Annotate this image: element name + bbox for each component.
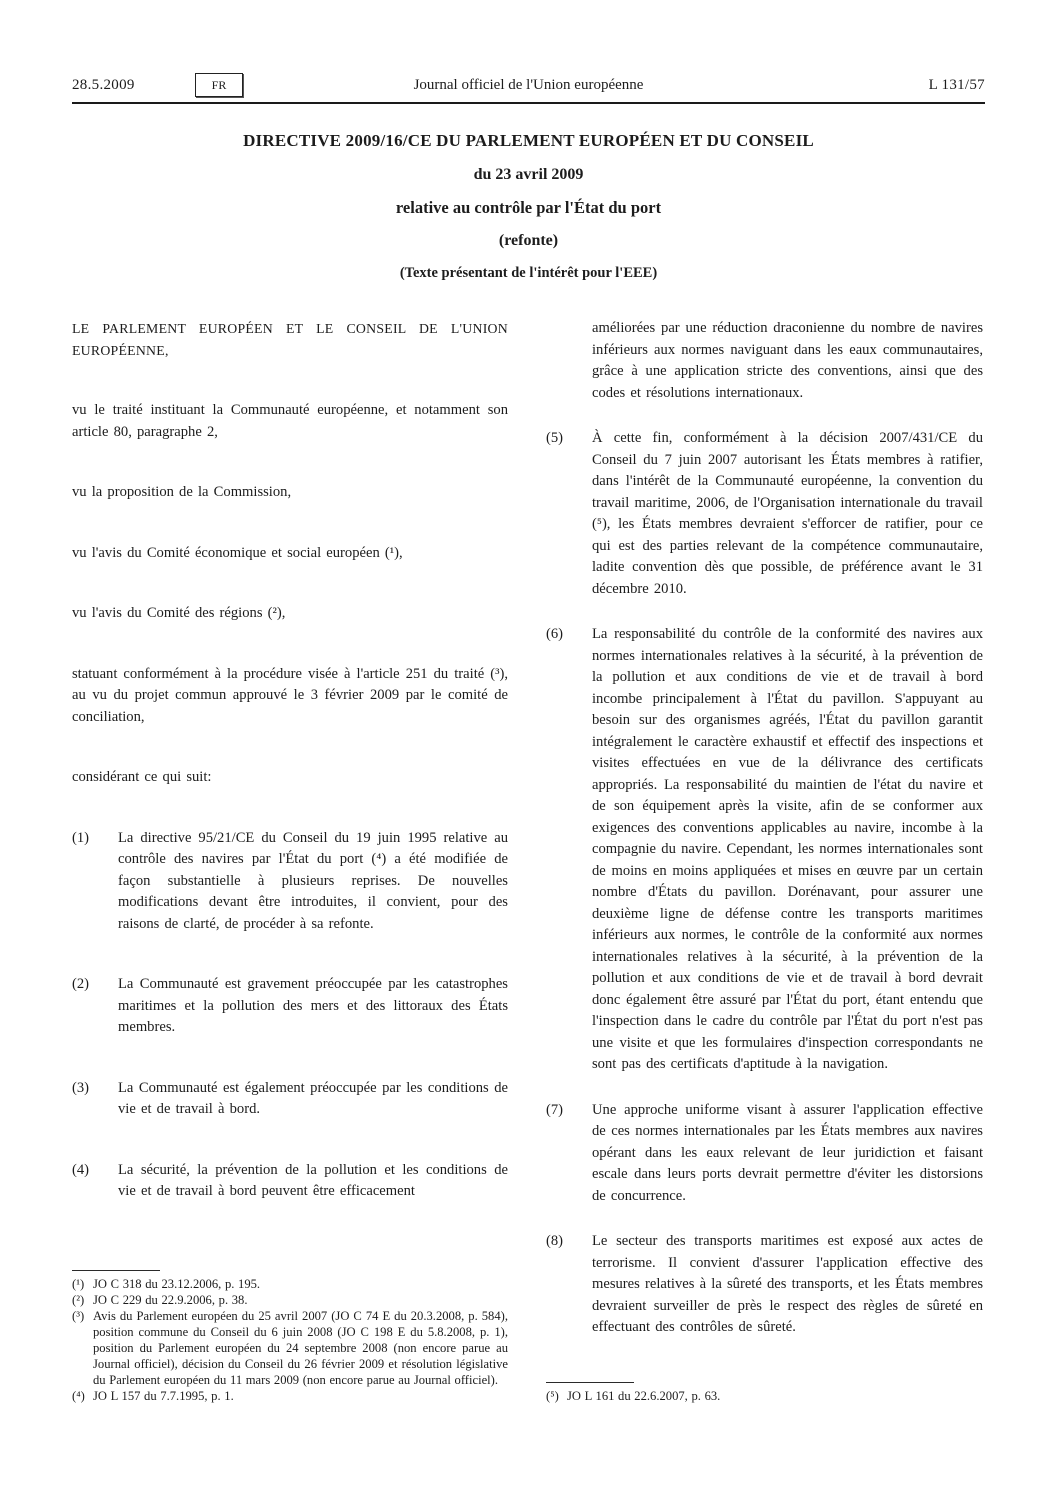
left-footnotes: (¹) JO C 318 du 23.12.2006, p. 195. (²) … (72, 1270, 508, 1404)
directive-title: DIRECTIVE 2009/16/CE DU PARLEMENT EUROPÉ… (72, 131, 985, 151)
eee-relevance-note: (Texte présentant de l'intérêt pour l'EE… (72, 265, 985, 282)
footnote-text: JO L 157 du 7.7.1995, p. 1. (93, 1388, 508, 1404)
directive-subject: relative au contrôle par l'État du port (72, 198, 985, 218)
recital-7: (7) Une approche uniforme visant à assur… (546, 1100, 983, 1208)
recital-text: La responsabilité du contrôle de la conf… (592, 624, 983, 1076)
recital-8: (8) Le secteur des transports maritimes … (546, 1231, 983, 1339)
footnote-divider (72, 1270, 160, 1271)
footnote-marker: (²) (72, 1292, 93, 1308)
recital-number: (7) (546, 1100, 592, 1208)
recital-text: Une approche uniforme visant à assurer l… (592, 1100, 983, 1208)
citation-procedure: statuant conformément à la procédure vis… (72, 664, 508, 729)
recital-text: Le secteur des transports maritimes est … (592, 1231, 983, 1339)
footnote-text: JO L 161 du 22.6.2007, p. 63. (567, 1388, 983, 1404)
header-divider (72, 102, 985, 104)
citation-treaty: vu le traité instituant la Communauté eu… (72, 400, 508, 443)
recital-number: (3) (72, 1078, 118, 1121)
recital-number-empty (546, 318, 592, 404)
footnote-2: (²) JO C 229 du 22.9.2006, p. 38. (72, 1292, 508, 1308)
recital-text: La directive 95/21/CE du Conseil du 19 j… (118, 828, 508, 936)
citation-commission: vu la proposition de la Commission, (72, 482, 508, 504)
recital-5: (5) À cette fin, conformément à la décis… (546, 428, 983, 600)
recital-number: (8) (546, 1231, 592, 1339)
footnote-4: (⁴) JO L 157 du 7.7.1995, p. 1. (72, 1388, 508, 1404)
left-column: LE PARLEMENT EUROPÉEN ET LE CONSEIL DE L… (72, 318, 508, 1404)
recital-number: (4) (72, 1160, 118, 1203)
recital-text: améliorées par une réduction draconienne… (592, 318, 983, 404)
recital-text: La sécurité, la prévention de la polluti… (118, 1160, 508, 1203)
footnote-text: JO C 229 du 22.9.2006, p. 38. (93, 1292, 508, 1308)
recital-number: (5) (546, 428, 592, 600)
document-page: 28.5.2009 FR Journal officiel de l'Union… (0, 0, 1058, 1497)
recital-2: (2) La Communauté est gravement préoccup… (72, 974, 508, 1039)
page-number: L 131/57 (929, 77, 985, 94)
citation-eesc: vu l'avis du Comité économique et social… (72, 543, 508, 565)
recital-6: (6) La responsabilité du contrôle de la … (546, 624, 983, 1076)
footnote-marker: (⁵) (546, 1388, 567, 1404)
recital-text: La Communauté est également préoccupée p… (118, 1078, 508, 1121)
recital-text: La Communauté est gravement préoccupée p… (118, 974, 508, 1039)
recital-number: (2) (72, 974, 118, 1039)
citation-cor: vu l'avis du Comité des régions (²), (72, 603, 508, 625)
recital-text: À cette fin, conformément à la décision … (592, 428, 983, 600)
page-header: 28.5.2009 FR Journal officiel de l'Union… (72, 74, 985, 100)
recital-number: (6) (546, 624, 592, 1076)
recital-3: (3) La Communauté est également préoccup… (72, 1078, 508, 1121)
enacting-authority: LE PARLEMENT EUROPÉEN ET LE CONSEIL DE L… (72, 318, 508, 361)
recital-4: (4) La sécurité, la prévention de la pol… (72, 1160, 508, 1203)
recital-4-continuation: améliorées par une réduction draconienne… (546, 318, 983, 404)
footnote-marker: (¹) (72, 1276, 93, 1292)
footnote-divider (546, 1382, 634, 1383)
footnote-marker: (³) (72, 1308, 93, 1388)
footnote-1: (¹) JO C 318 du 23.12.2006, p. 195. (72, 1276, 508, 1292)
title-block: DIRECTIVE 2009/16/CE DU PARLEMENT EUROPÉ… (72, 131, 985, 282)
recitals-lead-in: considérant ce qui suit: (72, 767, 508, 789)
right-column: améliorées par une réduction draconienne… (546, 318, 983, 1404)
journal-title: Journal officiel de l'Union européenne (72, 77, 985, 94)
directive-recast: (refonte) (72, 232, 985, 250)
right-footnotes: (⁵) JO L 161 du 22.6.2007, p. 63. (546, 1382, 983, 1404)
footnote-text: JO C 318 du 23.12.2006, p. 195. (93, 1276, 508, 1292)
recital-1: (1) La directive 95/21/CE du Conseil du … (72, 828, 508, 936)
footnote-3: (³) Avis du Parlement européen du 25 avr… (72, 1308, 508, 1388)
footnote-text: Avis du Parlement européen du 25 avril 2… (93, 1308, 508, 1388)
footnote-5: (⁵) JO L 161 du 22.6.2007, p. 63. (546, 1388, 983, 1404)
footnote-marker: (⁴) (72, 1388, 93, 1404)
recital-number: (1) (72, 828, 118, 936)
directive-date: du 23 avril 2009 (72, 166, 985, 184)
